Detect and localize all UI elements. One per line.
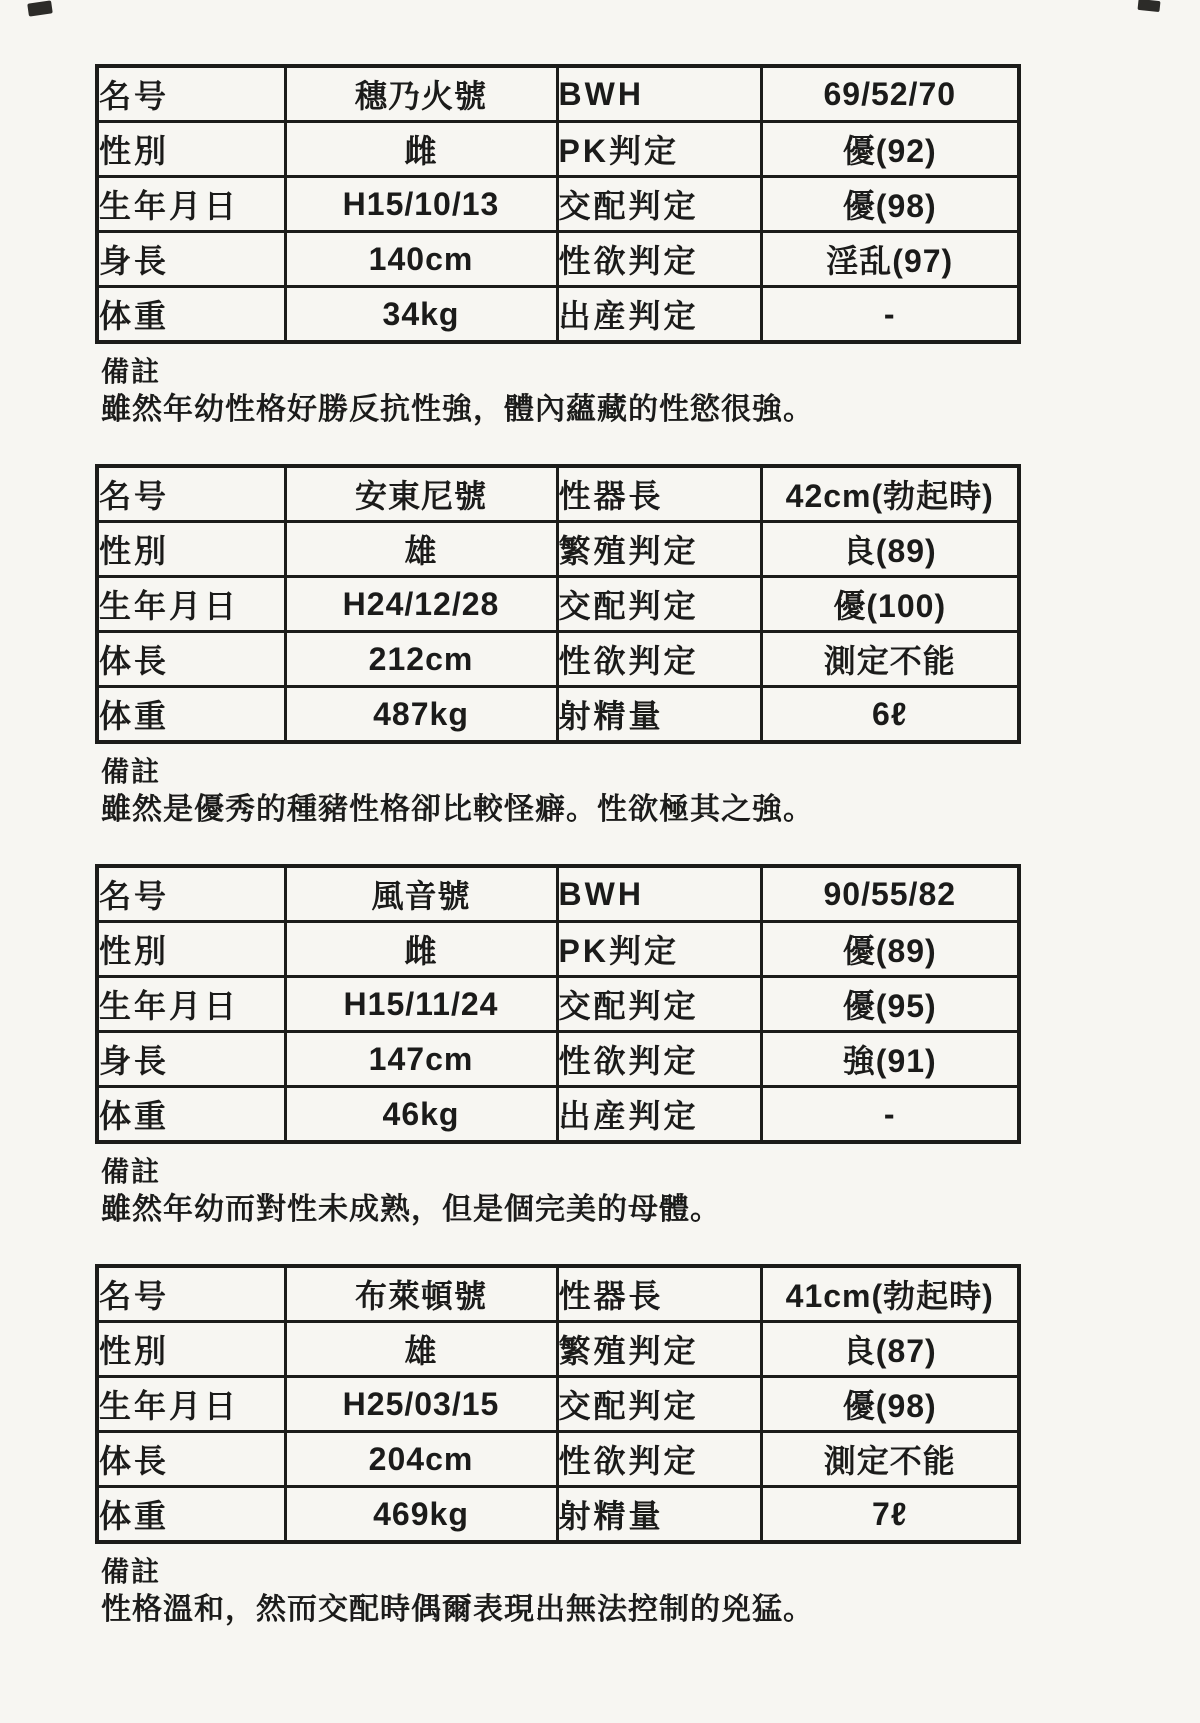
field-label: 性欲判定 (557, 632, 761, 687)
field-label: 性器長 (557, 466, 761, 522)
table-row: 体重 34kg 出産判定 - (97, 287, 1019, 343)
table-row: 名号 風音號 BWH 90/55/82 (97, 866, 1019, 922)
field-label: BWH (557, 66, 761, 122)
remarks-label: 備註 (101, 354, 1017, 390)
field-label: 性別 (97, 1322, 285, 1377)
field-value: - (761, 1087, 1019, 1143)
field-value: 雄 (285, 1322, 557, 1377)
field-label: 生年月日 (97, 1377, 285, 1432)
field-label: 性別 (97, 122, 285, 177)
field-label: 交配判定 (557, 577, 761, 632)
field-value: 安東尼號 (285, 466, 557, 522)
field-label: 性欲判定 (557, 1432, 761, 1487)
field-value: 布萊頓號 (285, 1266, 557, 1322)
field-value: - (761, 287, 1019, 343)
table-row: 生年月日 H15/10/13 交配判定 優(98) (97, 177, 1019, 232)
field-value: 測定不能 (761, 632, 1019, 687)
field-value: 良(89) (761, 522, 1019, 577)
table-row: 生年月日 H15/11/24 交配判定 優(95) (97, 977, 1019, 1032)
field-label: 生年月日 (97, 577, 285, 632)
field-label: 交配判定 (557, 977, 761, 1032)
table-row: 性別 雌 PK判定 優(92) (97, 122, 1019, 177)
field-label: 性欲判定 (557, 232, 761, 287)
spec-section-3: 名号 風音號 BWH 90/55/82 性別 雌 PK判定 優(89) 生年月日… (95, 864, 1017, 1230)
remarks-label: 備註 (101, 754, 1017, 790)
field-label: 名号 (97, 66, 285, 122)
remarks-note: 雖然年幼性格好勝反抗性強，體內蘊藏的性慾很強。 (101, 390, 1017, 430)
field-label: 繁殖判定 (557, 1322, 761, 1377)
field-value: 優(95) (761, 977, 1019, 1032)
table-row: 生年月日 H24/12/28 交配判定 優(100) (97, 577, 1019, 632)
remarks-label: 備註 (101, 1554, 1017, 1590)
field-value: 優(100) (761, 577, 1019, 632)
field-value: H24/12/28 (285, 577, 557, 632)
field-label: 生年月日 (97, 977, 285, 1032)
spec-table-3: 名号 風音號 BWH 90/55/82 性別 雌 PK判定 優(89) 生年月日… (95, 864, 1021, 1144)
table-row: 性別 雄 繁殖判定 良(87) (97, 1322, 1019, 1377)
spec-section-4: 名号 布萊頓號 性器長 41cm(勃起時) 性別 雄 繁殖判定 良(87) 生年… (95, 1264, 1017, 1630)
field-value: 140cm (285, 232, 557, 287)
table-row: 体重 487kg 射精量 6ℓ (97, 687, 1019, 743)
field-label: 性器長 (557, 1266, 761, 1322)
field-value: 69/52/70 (761, 66, 1019, 122)
remarks-note: 雖然是優秀的種豬性格卻比較怪癖。性欲極其之強。 (101, 790, 1017, 830)
field-label: 交配判定 (557, 1377, 761, 1432)
field-label: BWH (557, 866, 761, 922)
field-label: 名号 (97, 866, 285, 922)
field-value: 469kg (285, 1487, 557, 1543)
table-row: 名号 布萊頓號 性器長 41cm(勃起時) (97, 1266, 1019, 1322)
field-label: 性別 (97, 922, 285, 977)
spec-section-1: 名号 穗乃火號 BWH 69/52/70 性別 雌 PK判定 優(92) 生年月… (95, 64, 1017, 430)
document-page: 名号 穗乃火號 BWH 69/52/70 性別 雌 PK判定 優(92) 生年月… (95, 64, 1017, 1664)
field-label: 射精量 (557, 1487, 761, 1543)
field-label: 身長 (97, 232, 285, 287)
field-label: 体重 (97, 1487, 285, 1543)
field-label: 名号 (97, 466, 285, 522)
table-row: 体重 469kg 射精量 7ℓ (97, 1487, 1019, 1543)
field-label: 性欲判定 (557, 1032, 761, 1087)
field-label: PK判定 (557, 922, 761, 977)
scan-artifact-top-right (1137, 0, 1160, 12)
table-row: 名号 穗乃火號 BWH 69/52/70 (97, 66, 1019, 122)
field-value: H15/10/13 (285, 177, 557, 232)
field-label: 体重 (97, 687, 285, 743)
field-value: 41cm(勃起時) (761, 1266, 1019, 1322)
field-value: 優(92) (761, 122, 1019, 177)
field-label: 出産判定 (557, 287, 761, 343)
field-value: H25/03/15 (285, 1377, 557, 1432)
remarks-block: 備註 雖然是優秀的種豬性格卻比較怪癖。性欲極其之強。 (95, 754, 1017, 830)
field-label: 体重 (97, 287, 285, 343)
field-label: 体長 (97, 1432, 285, 1487)
field-value: 測定不能 (761, 1432, 1019, 1487)
table-row: 身長 147cm 性欲判定 強(91) (97, 1032, 1019, 1087)
field-value: 90/55/82 (761, 866, 1019, 922)
field-value: 7ℓ (761, 1487, 1019, 1543)
spec-table-1: 名号 穗乃火號 BWH 69/52/70 性別 雌 PK判定 優(92) 生年月… (95, 64, 1021, 344)
field-label: PK判定 (557, 122, 761, 177)
field-value: 強(91) (761, 1032, 1019, 1087)
field-label: 出産判定 (557, 1087, 761, 1143)
field-label: 繁殖判定 (557, 522, 761, 577)
scan-artifact-top-left (27, 0, 53, 16)
table-row: 名号 安東尼號 性器長 42cm(勃起時) (97, 466, 1019, 522)
table-row: 体長 212cm 性欲判定 測定不能 (97, 632, 1019, 687)
table-row: 性別 雌 PK判定 優(89) (97, 922, 1019, 977)
field-label: 生年月日 (97, 177, 285, 232)
table-row: 身長 140cm 性欲判定 淫乱(97) (97, 232, 1019, 287)
remarks-label: 備註 (101, 1154, 1017, 1190)
field-label: 身長 (97, 1032, 285, 1087)
field-value: 147cm (285, 1032, 557, 1087)
remarks-block: 備註 雖然年幼性格好勝反抗性強，體內蘊藏的性慾很強。 (95, 354, 1017, 430)
table-row: 性別 雄 繁殖判定 良(89) (97, 522, 1019, 577)
field-value: 優(98) (761, 177, 1019, 232)
spec-section-2: 名号 安東尼號 性器長 42cm(勃起時) 性別 雄 繁殖判定 良(89) 生年… (95, 464, 1017, 830)
field-value: 46kg (285, 1087, 557, 1143)
field-label: 性別 (97, 522, 285, 577)
field-value: 雌 (285, 122, 557, 177)
field-value: H15/11/24 (285, 977, 557, 1032)
spec-table-2: 名号 安東尼號 性器長 42cm(勃起時) 性別 雄 繁殖判定 良(89) 生年… (95, 464, 1021, 744)
field-value: 34kg (285, 287, 557, 343)
field-value: 優(89) (761, 922, 1019, 977)
field-value: 204cm (285, 1432, 557, 1487)
spec-table-4: 名号 布萊頓號 性器長 41cm(勃起時) 性別 雄 繁殖判定 良(87) 生年… (95, 1264, 1021, 1544)
field-label: 交配判定 (557, 177, 761, 232)
field-value: 優(98) (761, 1377, 1019, 1432)
table-row: 体長 204cm 性欲判定 測定不能 (97, 1432, 1019, 1487)
field-value: 6ℓ (761, 687, 1019, 743)
field-label: 体重 (97, 1087, 285, 1143)
field-value: 42cm(勃起時) (761, 466, 1019, 522)
field-value: 487kg (285, 687, 557, 743)
field-value: 雌 (285, 922, 557, 977)
remarks-block: 備註 雖然年幼而對性未成熟，但是個完美的母體。 (95, 1154, 1017, 1230)
remarks-note: 性格溫和，然而交配時偶爾表現出無法控制的兇猛。 (101, 1590, 1017, 1630)
remarks-block: 備註 性格溫和，然而交配時偶爾表現出無法控制的兇猛。 (95, 1554, 1017, 1630)
table-row: 体重 46kg 出産判定 - (97, 1087, 1019, 1143)
field-label: 体長 (97, 632, 285, 687)
field-value: 風音號 (285, 866, 557, 922)
field-label: 射精量 (557, 687, 761, 743)
field-value: 淫乱(97) (761, 232, 1019, 287)
field-label: 名号 (97, 1266, 285, 1322)
remarks-note: 雖然年幼而對性未成熟，但是個完美的母體。 (101, 1190, 1017, 1230)
field-value: 212cm (285, 632, 557, 687)
field-value: 良(87) (761, 1322, 1019, 1377)
field-value: 雄 (285, 522, 557, 577)
table-row: 生年月日 H25/03/15 交配判定 優(98) (97, 1377, 1019, 1432)
field-value: 穗乃火號 (285, 66, 557, 122)
